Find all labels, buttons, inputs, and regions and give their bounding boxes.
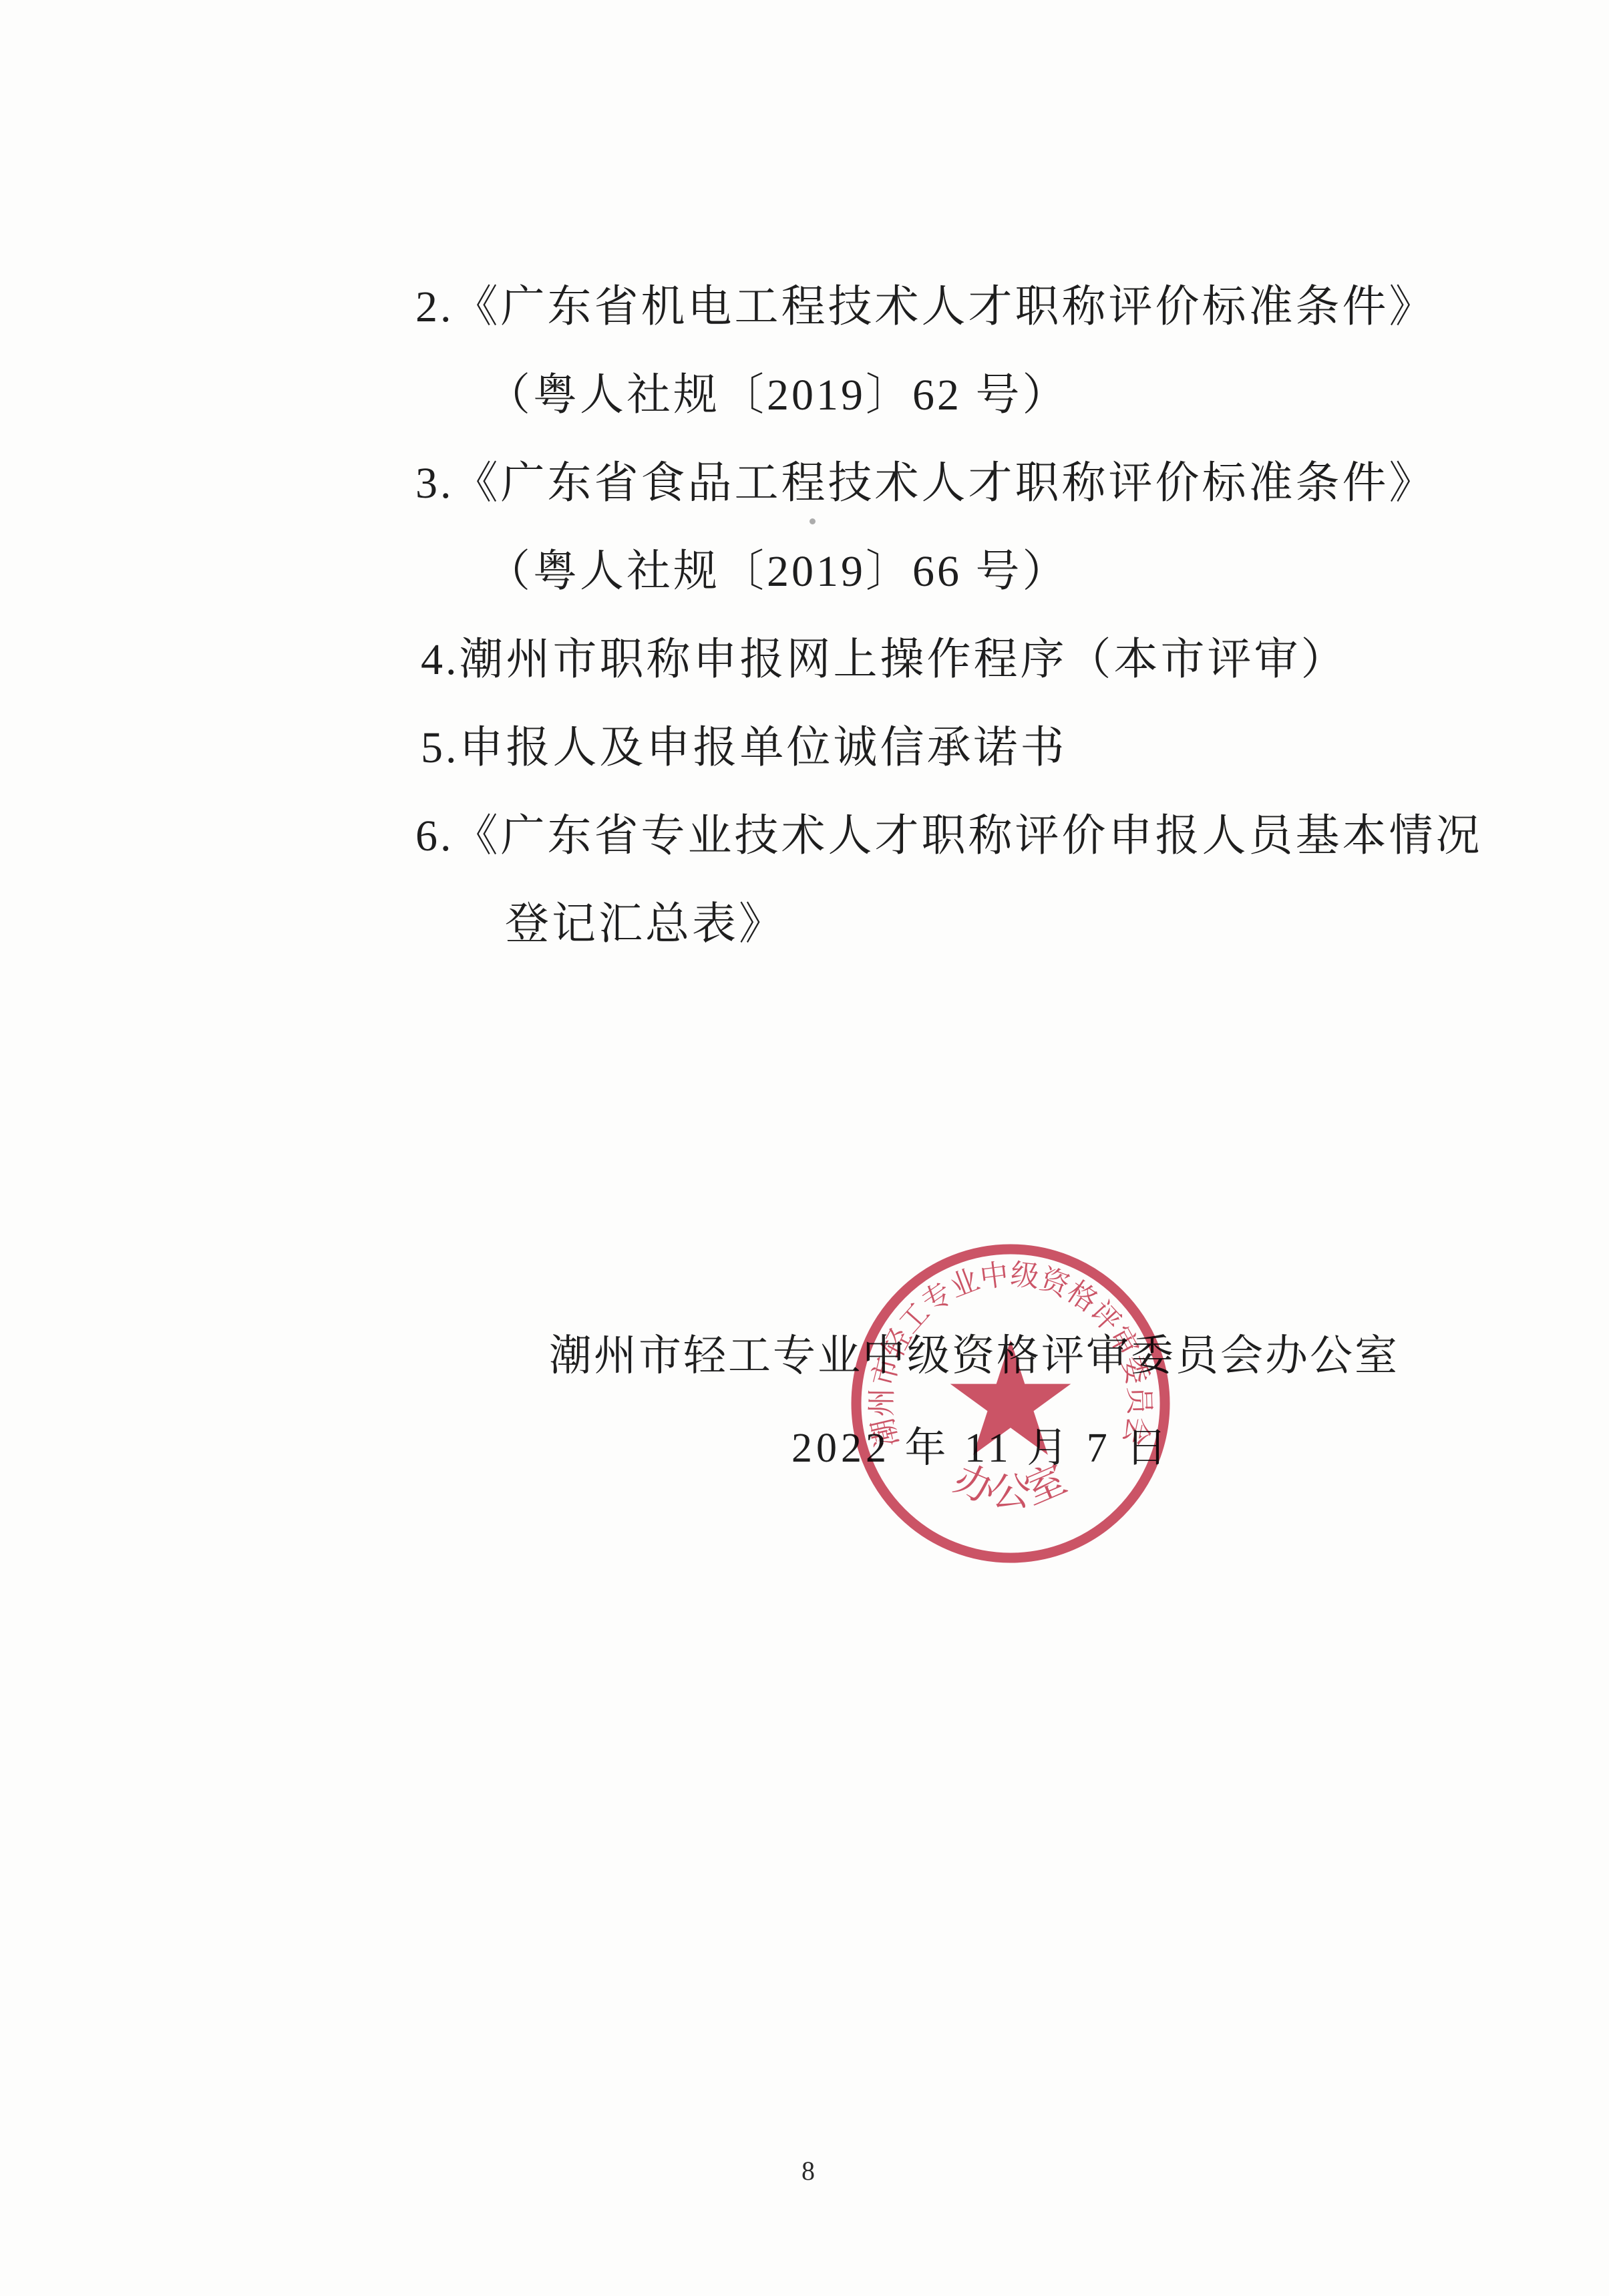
- attachment-item-2-number: （粤人社规〔2019〕62 号）: [486, 373, 1069, 418]
- seal-ring: [856, 1249, 1165, 1558]
- attachment-item-6-line1: 6.《广东省专业技术人才职称评价申报人员基本情况: [415, 814, 1483, 858]
- signature-date: 2022 年 11 月 7 日: [791, 1428, 1171, 1469]
- attachment-item-4: 4.潮州市职称申报网上操作程序（本市评审）: [421, 638, 1348, 682]
- attachment-item-5: 5.申报人及申报单位诚信承诺书: [421, 726, 1067, 770]
- page-number: 8: [775, 2158, 842, 2184]
- attachment-item-2-title: 2.《广东省机电工程技术人才职称评价标准条件》: [415, 285, 1436, 329]
- attachment-item-3-number: （粤人社规〔2019〕66 号）: [486, 550, 1069, 594]
- signature-office: 潮州市轻工专业中级资格评审委员会办公室: [549, 1335, 1399, 1377]
- attachment-item-3-title: 3.《广东省食品工程技术人才职称评价标准条件》: [415, 462, 1436, 506]
- official-seal: 潮州市轻工专业中级资格评审委员会 办公室: [847, 1240, 1174, 1567]
- document-page: 2.《广东省机电工程技术人才职称评价标准条件》 （粤人社规〔2019〕62 号）…: [0, 0, 1609, 2296]
- scan-speck: [810, 518, 816, 524]
- attachment-item-6-line2: 登记汇总表》: [505, 903, 785, 947]
